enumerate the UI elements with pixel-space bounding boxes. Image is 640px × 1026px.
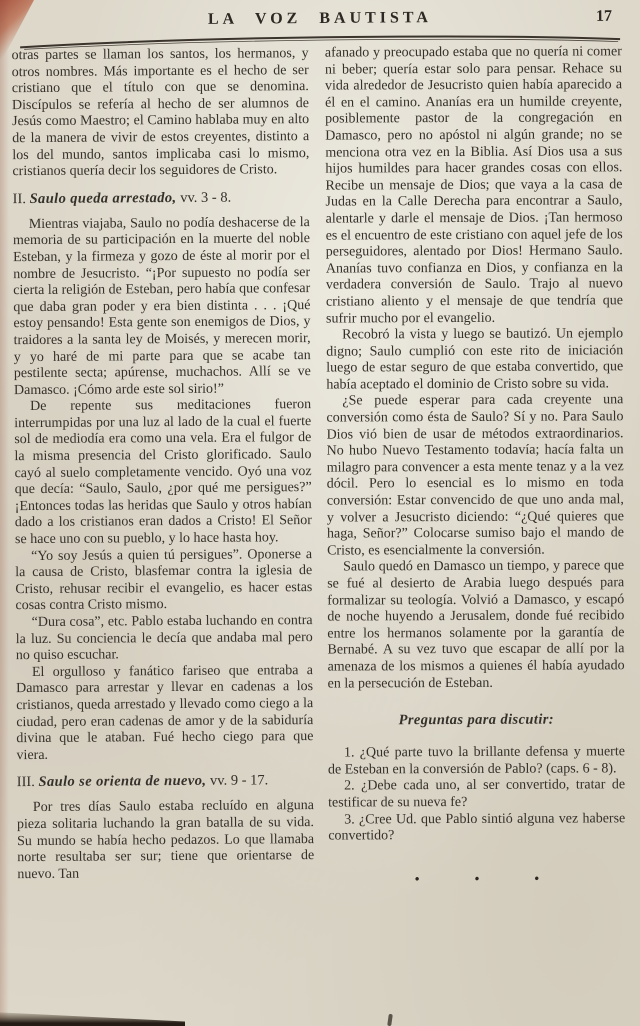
scanned-magazine-page: LA VOZ BAUTISTA 17 otras partes se llama…: [0, 0, 640, 1026]
publication-title: LA VOZ BAUTISTA: [0, 7, 640, 30]
paragraph: otras partes se llaman los santos, los h…: [12, 46, 310, 181]
paragraph: afanado y preocupado estaba que no querí…: [325, 44, 623, 327]
paragraph: Saulo quedó en Damasco un tiempo, y pare…: [327, 559, 625, 693]
paragraph: El orgulloso y fanático fariseo que entr…: [16, 663, 314, 765]
section-numeral: III.: [17, 774, 35, 790]
paragraph: Mientras viajaba, Saulo no podía deshace…: [13, 215, 311, 400]
left-column: otras partes se llaman los santos, los h…: [12, 46, 316, 1020]
paragraph: “Yo soy Jesús a quien tú persigues”. Opo…: [15, 547, 312, 615]
section-numeral: II.: [13, 191, 26, 207]
question-item: 1. ¿Qué parte tuvo la brillante defensa …: [328, 744, 625, 778]
questions-heading: Preguntas para discutir:: [328, 711, 625, 729]
right-column: afanado y preocupado estaba que no querí…: [325, 44, 626, 1017]
section-divider-ornament: • • •: [328, 870, 625, 887]
paragraph: “Dura cosa”, etc. Pablo estaba luchando …: [16, 613, 313, 665]
section-title: Saulo queda arrestado,: [30, 190, 177, 207]
question-item: 2. ¿Debe cada uno, al ser convertido, tr…: [328, 778, 625, 812]
section-title: Saulo se orienta de nuevo,: [38, 773, 206, 790]
paragraph: Recobró la vista y luego se bautizó. Un …: [326, 326, 623, 394]
paragraph: ¿Se puede esperar para cada creyente una…: [326, 393, 624, 560]
two-column-text: otras partes se llaman los santos, los h…: [0, 44, 640, 1026]
section-verses: vv. 3 - 8.: [180, 189, 231, 205]
paragraph: De repente sus meditaciones fueron inter…: [14, 397, 312, 548]
question-item: 3. ¿Cree Ud. que Pablo sintió alguna vez…: [328, 811, 625, 845]
section-heading-3: III. Saulo se orienta de nuevo, vv. 9 - …: [17, 772, 314, 791]
section-heading-2: II. Saulo queda arrestado, vv. 3 - 8.: [13, 189, 310, 208]
section-verses: vv. 9 - 17.: [210, 773, 268, 789]
page-number: 17: [596, 8, 612, 26]
paragraph: Por tres días Saulo estaba recluído en a…: [17, 798, 315, 883]
